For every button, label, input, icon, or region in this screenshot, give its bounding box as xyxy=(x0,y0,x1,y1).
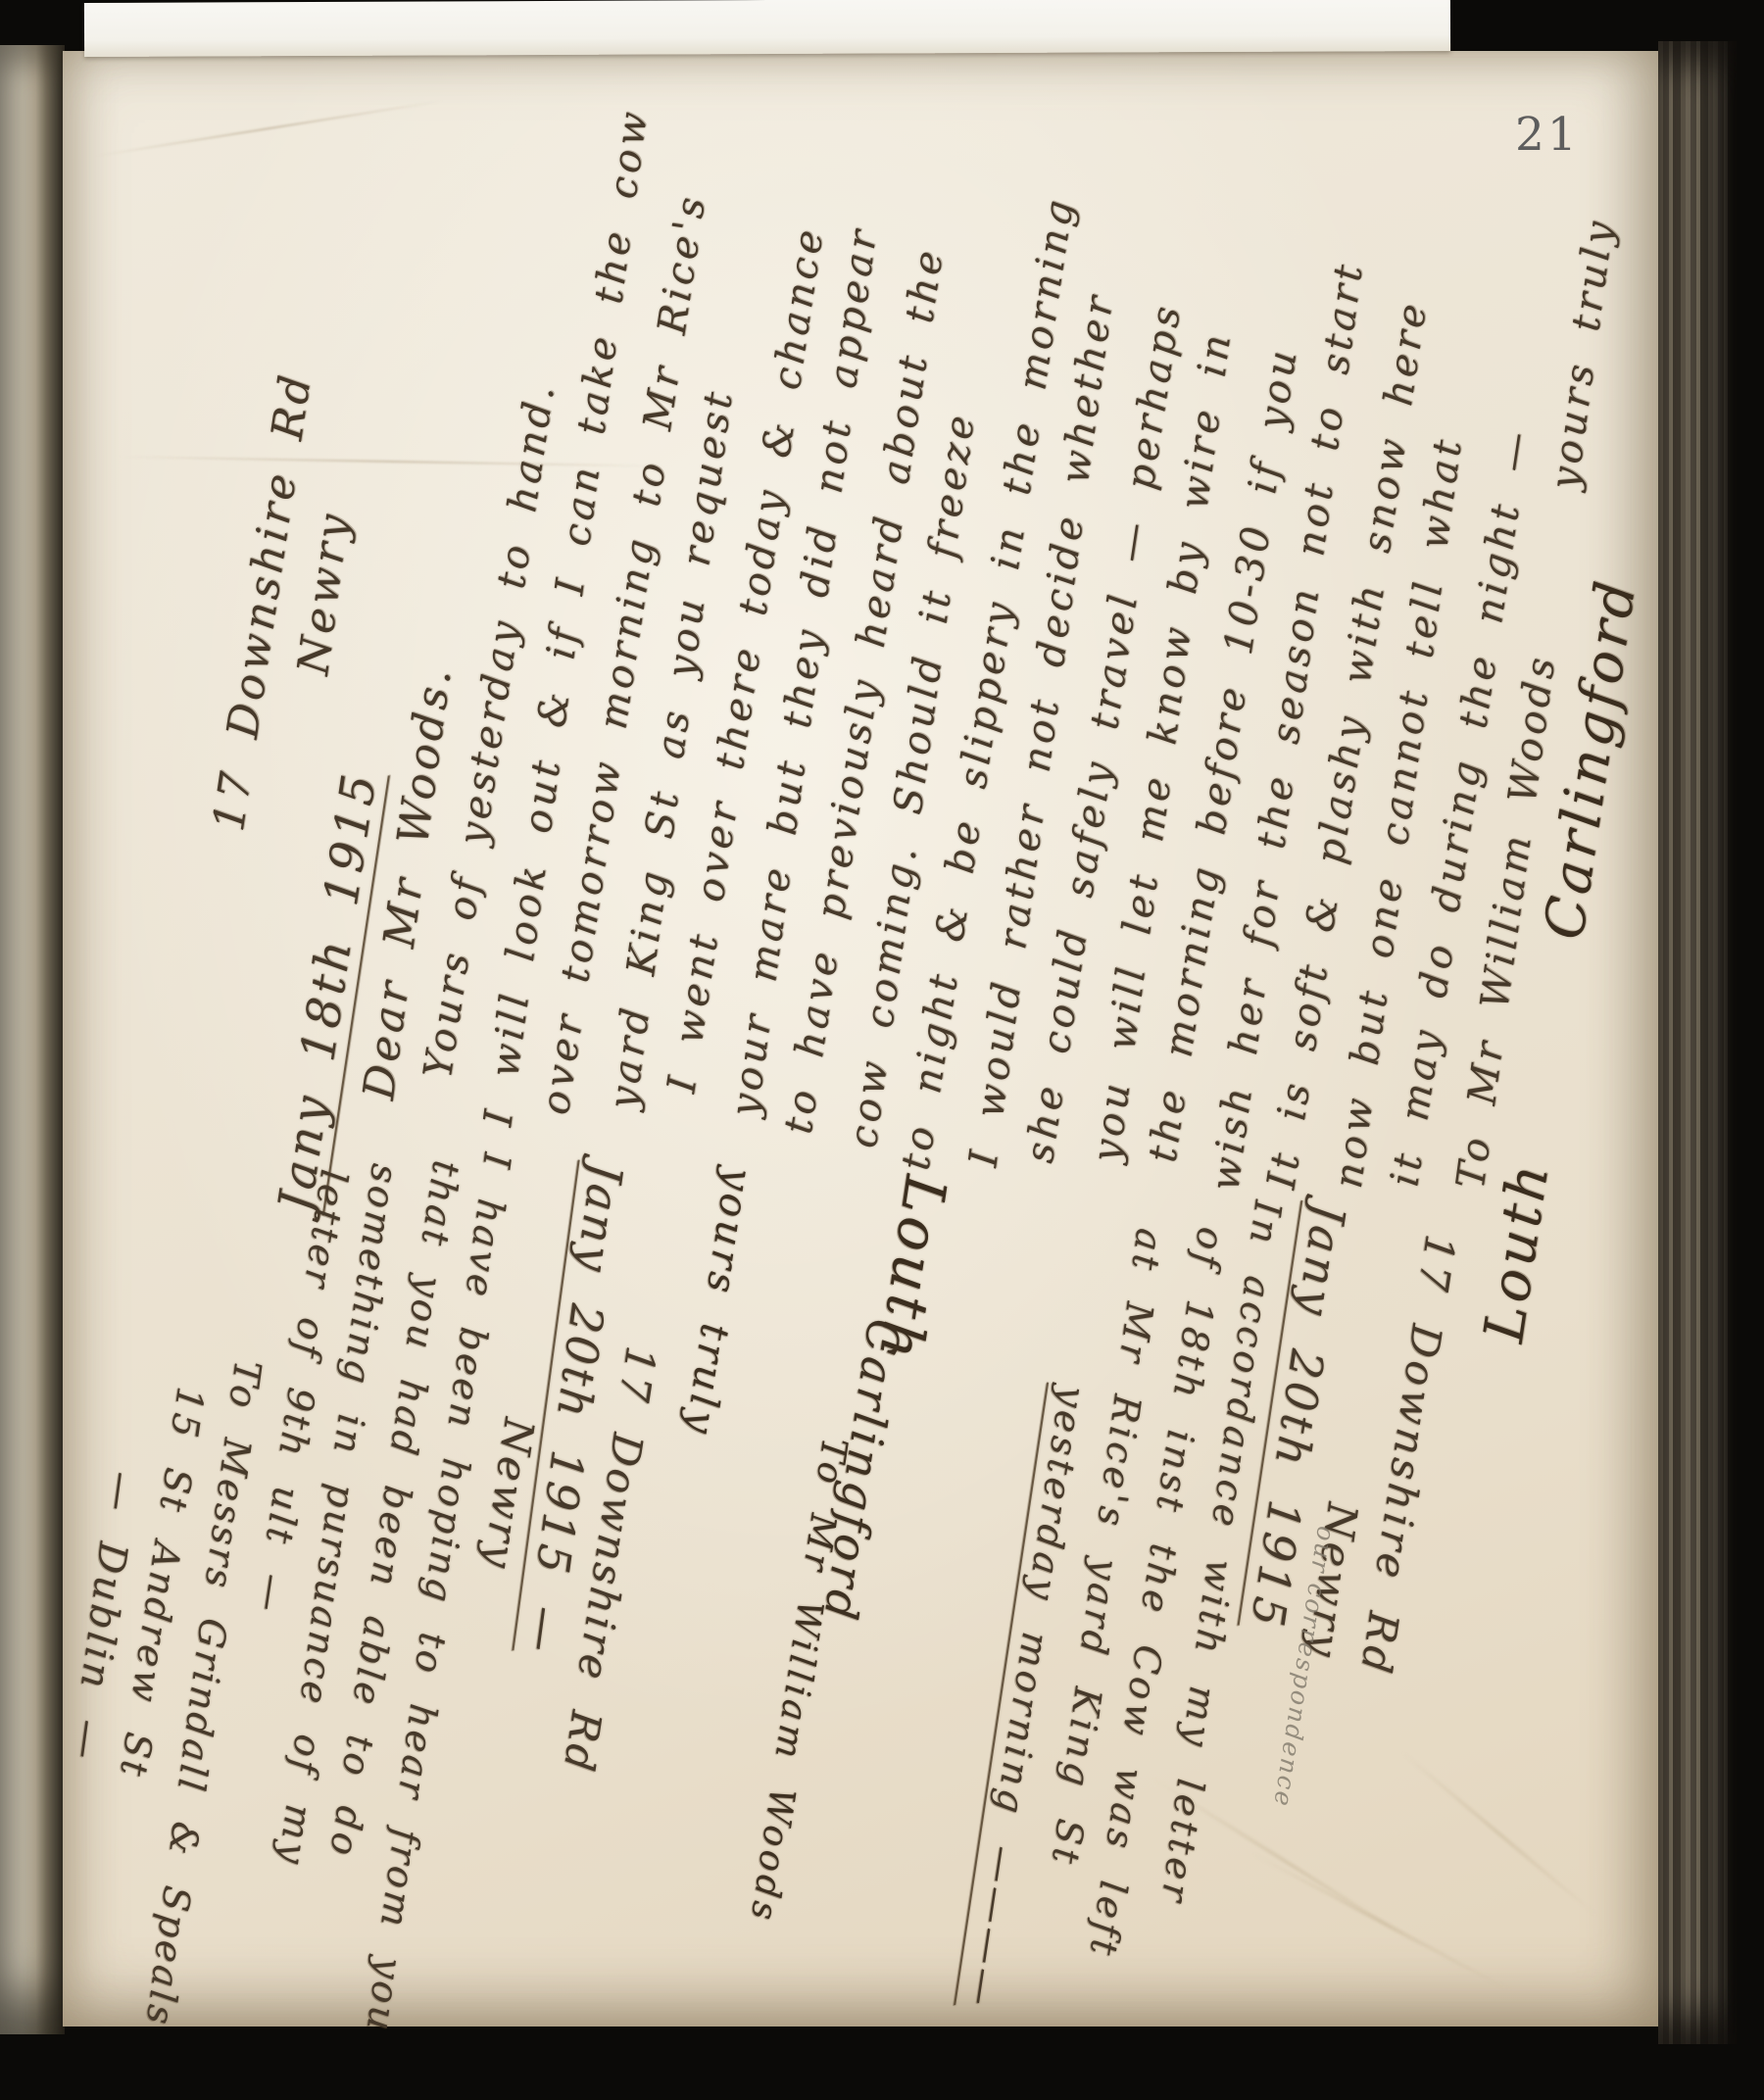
spacer xyxy=(1555,491,1578,656)
photograph-of-letterbook: { "page_number": "21", "colors": { "pape… xyxy=(0,0,1764,2100)
underlying-sheet-edge xyxy=(84,0,1450,57)
page-number: 21 xyxy=(1515,108,1580,162)
